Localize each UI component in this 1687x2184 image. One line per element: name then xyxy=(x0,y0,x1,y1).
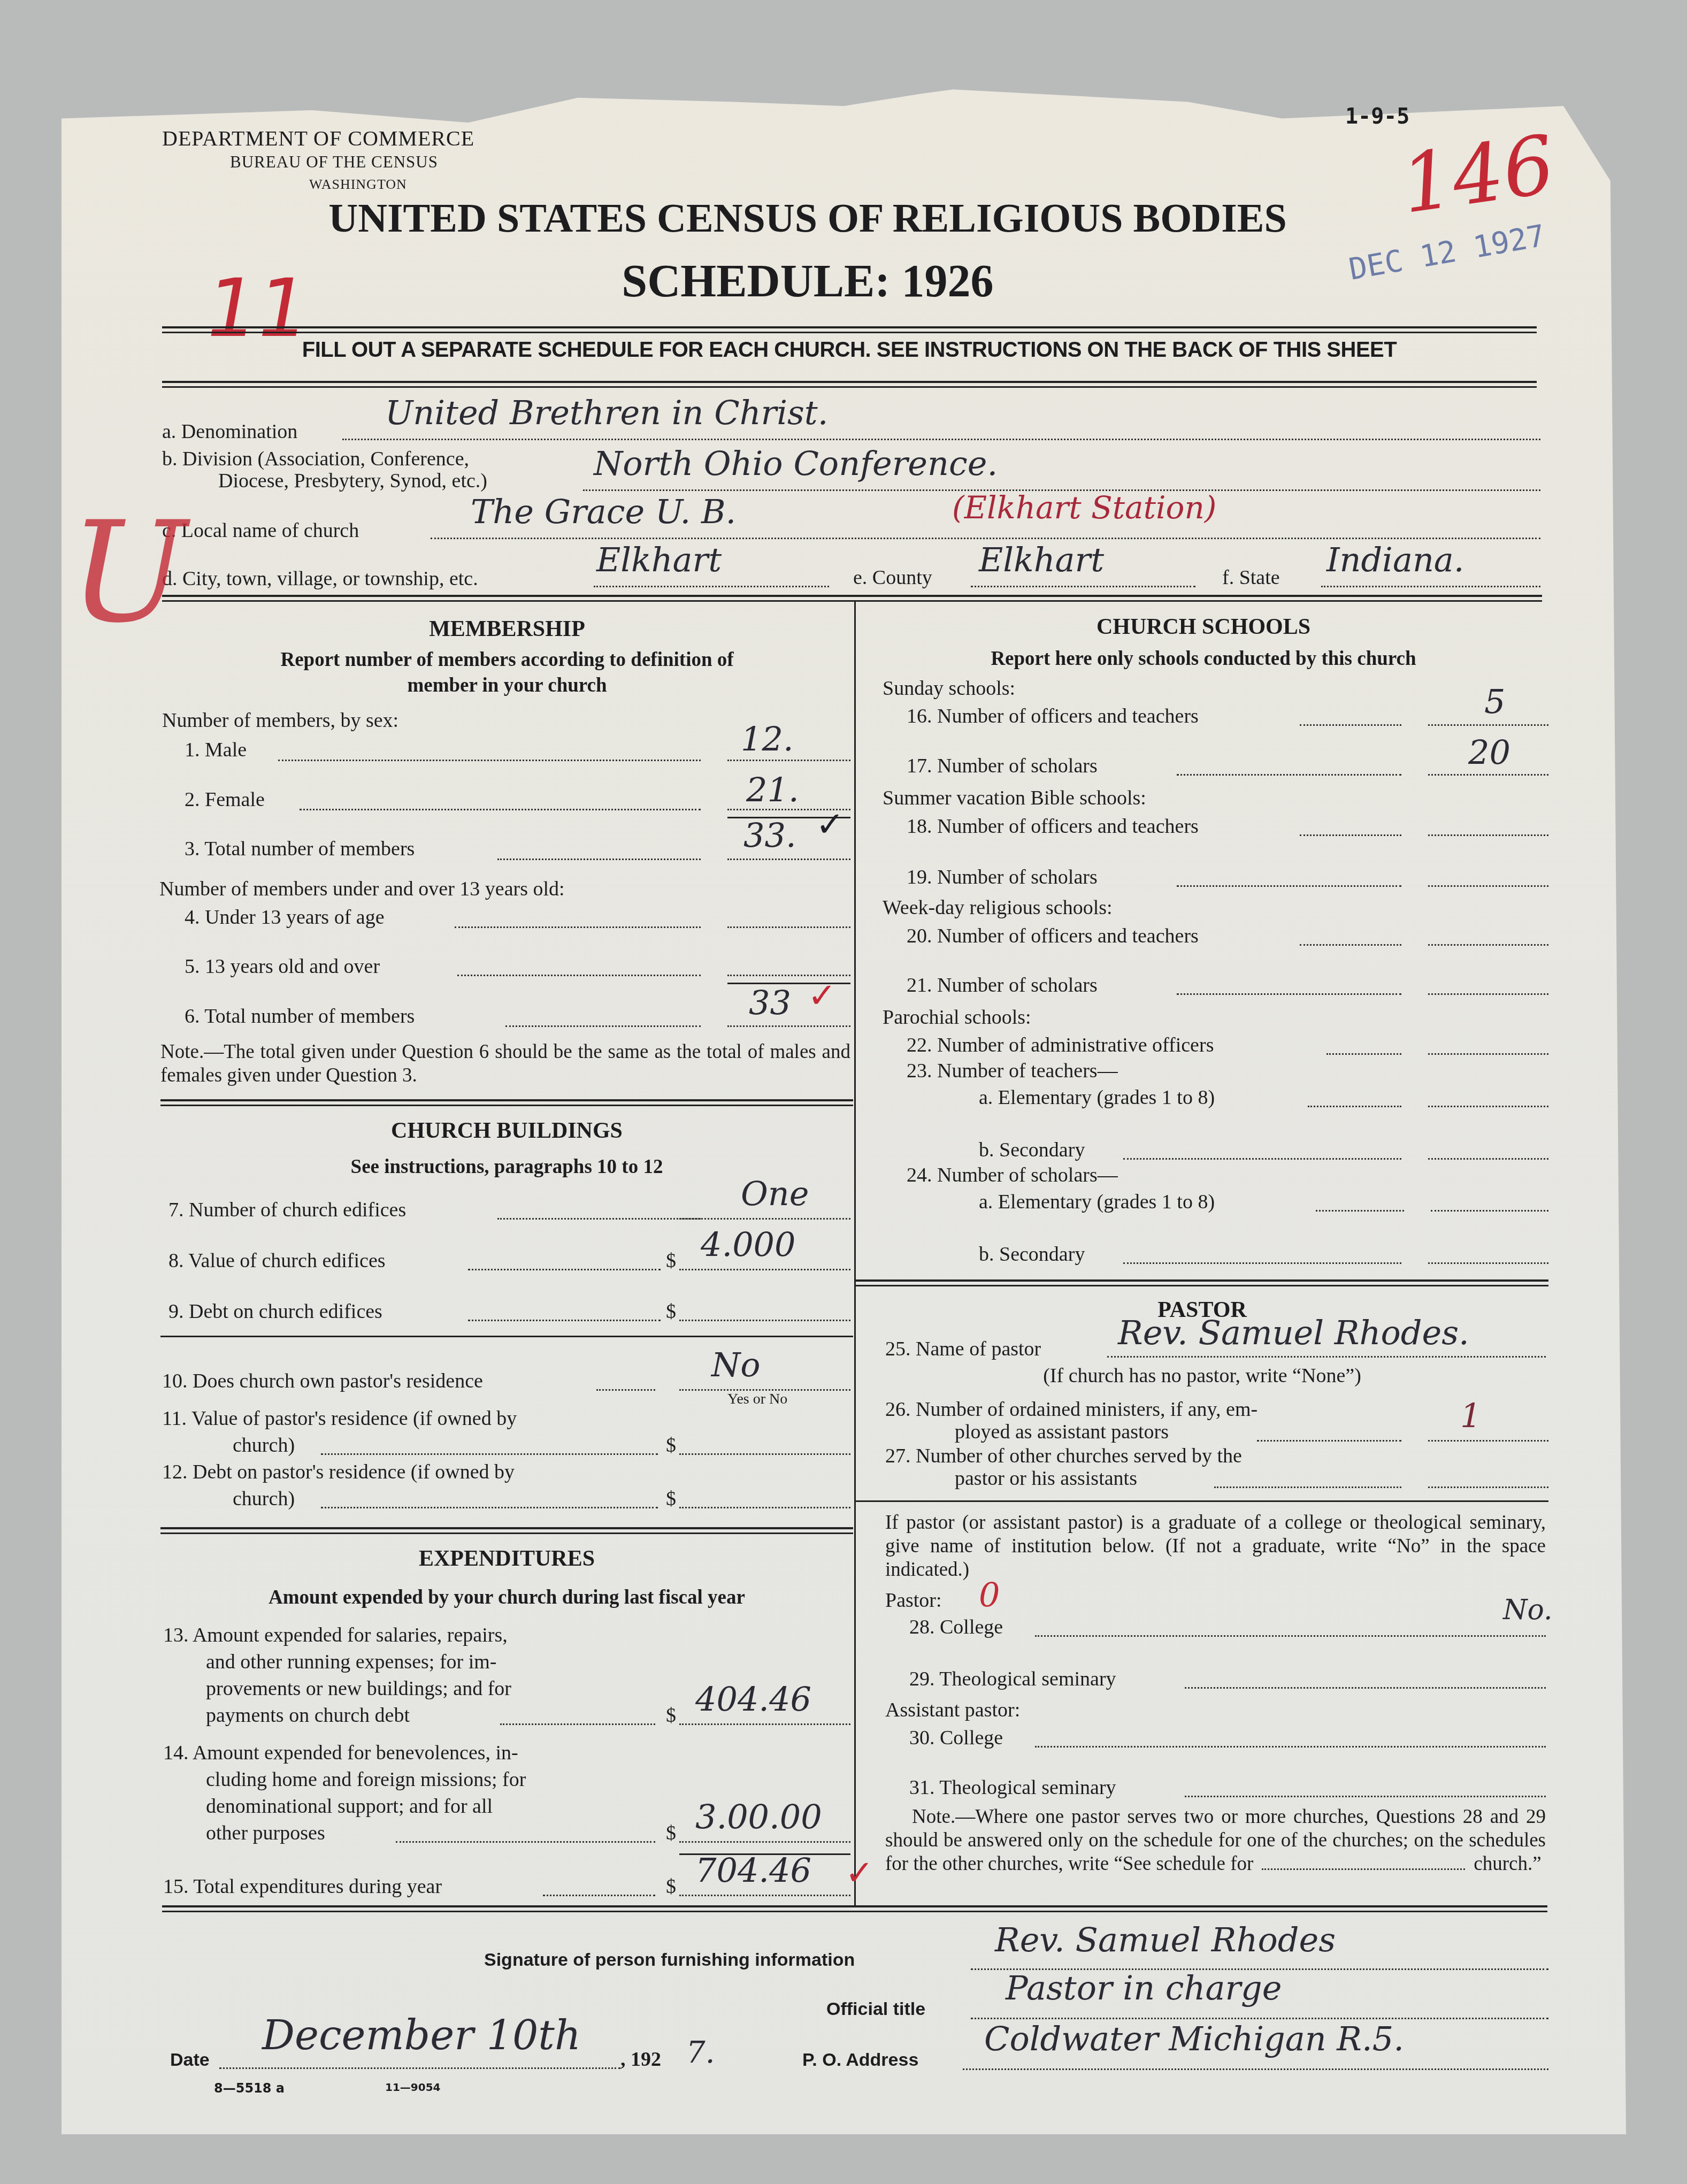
running-expenses-leader xyxy=(500,1723,655,1725)
edifices-count-value[interactable]: One xyxy=(741,1174,809,1213)
membership-note: Note.—The total given under Question 6 s… xyxy=(160,1040,850,1087)
total-expenditures-leader xyxy=(543,1895,655,1896)
total-members-label: 3. Total number of members xyxy=(185,837,415,861)
state-line[interactable] xyxy=(1321,586,1540,587)
county-value[interactable]: Elkhart xyxy=(979,540,1104,579)
local-name-annotation: (Elkhart Station) xyxy=(952,489,1216,526)
edifices-count-label: 7. Number of church edifices xyxy=(168,1198,406,1222)
q22-leader xyxy=(1326,1053,1401,1055)
total-expenditures-label: 15. Total expenditures during year xyxy=(163,1875,442,1898)
city-name: WASHINGTON xyxy=(309,177,407,193)
running-expenses-label-4: payments on church debt xyxy=(206,1704,410,1727)
running-expenses-field[interactable] xyxy=(679,1723,850,1725)
county-line[interactable] xyxy=(971,586,1195,587)
q18-leader xyxy=(1300,834,1401,836)
dollar-sign: $ xyxy=(666,1487,676,1511)
state-value[interactable]: Indiana. xyxy=(1326,540,1464,579)
running-expenses-value[interactable]: 404.46 xyxy=(695,1680,811,1719)
separate-schedule-instruction: FILL OUT A SEPARATE SCHEDULE FOR EACH CH… xyxy=(162,338,1537,362)
q24a-field[interactable] xyxy=(1431,1210,1548,1212)
running-expenses-label-1: 13. Amount expended for salaries, repair… xyxy=(163,1623,508,1647)
header-rule-top xyxy=(162,326,1537,328)
seminary-field[interactable] xyxy=(1185,1687,1546,1689)
edifices-value-field[interactable] xyxy=(679,1269,850,1270)
division-value[interactable]: North Ohio Conference. xyxy=(594,444,998,483)
total-field[interactable] xyxy=(727,859,850,860)
owns-residence-value[interactable]: No xyxy=(711,1345,761,1384)
college-field[interactable] xyxy=(1035,1635,1546,1637)
membership-subheading-1: Report number of members according to de… xyxy=(162,648,852,671)
q20-leader xyxy=(1300,944,1401,946)
q19-label: 19. Number of scholars xyxy=(907,865,1098,889)
q23b-field[interactable] xyxy=(1428,1158,1548,1160)
over-13-label: 5. 13 years old and over xyxy=(185,955,380,978)
column-divider xyxy=(854,602,856,1907)
dollar-sign: $ xyxy=(666,1249,676,1273)
assistant-pastors-label-2: ployed as assistant pastors xyxy=(955,1420,1169,1444)
form-title: UNITED STATES CENSUS OF RELIGIOUS BODIES xyxy=(160,195,1455,242)
male-label: 1. Male xyxy=(185,738,247,762)
schools-subheading: Report here only schools conducted by th… xyxy=(861,647,1546,670)
q23b-leader xyxy=(1123,1158,1401,1160)
year-suffix-value[interactable]: 7. xyxy=(686,2035,715,2070)
edifices-debt-field[interactable] xyxy=(679,1320,850,1321)
total-2-leader xyxy=(505,1025,701,1027)
benevolences-value[interactable]: 3.00.00 xyxy=(695,1797,822,1836)
asst-college-label: 30. College xyxy=(909,1726,1003,1750)
total-2-field[interactable] xyxy=(727,1025,850,1027)
schools-rule xyxy=(856,1279,1548,1282)
city-value[interactable]: Elkhart xyxy=(596,540,722,579)
pastor-name-line[interactable] xyxy=(1107,1356,1546,1358)
edifices-debt-label: 9. Debt on church edifices xyxy=(168,1300,382,1323)
running-expenses-label-3: provements or new buildings; and for xyxy=(206,1677,511,1700)
membership-subheading-2: member in your church xyxy=(162,674,852,697)
college-label: 28. College xyxy=(909,1615,1003,1639)
other-churches-label-2: pastor or his assistants xyxy=(955,1467,1137,1490)
red-checkmark-icon: ✓ xyxy=(808,976,837,1016)
q18-field[interactable] xyxy=(1428,834,1548,836)
po-address-line[interactable] xyxy=(963,2068,1548,2070)
dollar-sign: $ xyxy=(666,1300,676,1323)
q23a-leader xyxy=(1308,1106,1401,1107)
expenditures-heading: EXPENDITURES xyxy=(160,1546,853,1572)
department-name: DEPARTMENT OF COMMERCE xyxy=(162,126,474,151)
total-leader xyxy=(497,859,701,860)
date-label: Date xyxy=(170,2050,210,2071)
local-name-label: c. Local name of church xyxy=(162,519,359,542)
pastor-name-value[interactable]: Rev. Samuel Rhodes. xyxy=(1118,1313,1469,1352)
weekday-schools-label: Week-day religious schools: xyxy=(883,896,1113,919)
schools-heading: CHURCH SCHOOLS xyxy=(861,614,1546,640)
q17-value[interactable]: 20 xyxy=(1468,733,1510,772)
benevolences-field[interactable] xyxy=(679,1841,850,1843)
buildings-heading: CHURCH BUILDINGS xyxy=(160,1118,853,1144)
q24b-field[interactable] xyxy=(1428,1262,1548,1264)
residence-debt-leader xyxy=(321,1507,658,1508)
pastor-none-hint: (If church has no pastor, write “None”) xyxy=(856,1364,1548,1388)
yes-no-hint: Yes or No xyxy=(727,1391,787,1408)
q23b-label: b. Secondary xyxy=(979,1138,1085,1162)
parochial-schools-label: Parochial schools: xyxy=(883,1006,1031,1029)
q24b-label: b. Secondary xyxy=(979,1243,1085,1266)
q20-label: 20. Number of officers and teachers xyxy=(907,924,1199,948)
q19-field[interactable] xyxy=(1428,885,1548,887)
female-leader xyxy=(300,809,701,810)
dollar-sign: $ xyxy=(666,1821,676,1845)
po-address-label: P. O. Address xyxy=(802,2050,918,2071)
form-code: 1-9-5 xyxy=(1345,104,1409,129)
edifices-count-leader xyxy=(497,1218,701,1220)
benevolences-label-3: denominational support; and for all xyxy=(206,1795,493,1818)
assistant-pastors-value[interactable]: 1 xyxy=(1460,1396,1481,1435)
q20-field[interactable] xyxy=(1428,944,1548,946)
dollar-sign: $ xyxy=(666,1704,676,1727)
q21-label: 21. Number of scholars xyxy=(907,974,1098,997)
division-label-1: b. Division (Association, Conference, xyxy=(162,447,469,471)
under-13-leader xyxy=(455,926,701,928)
assistant-pastors-label-1: 26. Number of ordained ministers, if any… xyxy=(885,1398,1257,1421)
red-circle-mark: 0 xyxy=(979,1575,1000,1614)
total-expenditures-field[interactable] xyxy=(679,1895,850,1896)
date-line[interactable] xyxy=(219,2067,620,2069)
assistant-pastor-label: Assistant pastor: xyxy=(885,1698,1020,1722)
male-field[interactable] xyxy=(727,760,850,761)
members-by-age-label: Number of members under and over 13 year… xyxy=(159,877,565,901)
total-members-value[interactable]: 33. xyxy=(743,816,796,855)
pastor-subsection-label: Pastor: xyxy=(885,1589,942,1612)
asst-seminary-label: 31. Theological seminary xyxy=(909,1776,1116,1799)
other-churches-label-1: 27. Number of other churches served by t… xyxy=(885,1444,1242,1468)
residence-value-leader xyxy=(321,1453,658,1455)
q18-label: 18. Number of officers and teachers xyxy=(907,815,1199,838)
total-members-2-value[interactable]: 33 xyxy=(749,983,791,1022)
male-value[interactable]: 12. xyxy=(741,719,794,758)
asst-college-field[interactable] xyxy=(1035,1746,1546,1748)
residence-value-label-2: church) xyxy=(233,1434,295,1457)
city-label: d. City, town, village, or township, etc… xyxy=(162,567,478,591)
residence-rule xyxy=(160,1527,853,1529)
edifices-count-field[interactable] xyxy=(679,1218,850,1220)
q21-field[interactable] xyxy=(1428,993,1548,995)
bureau-name: BUREAU OF THE CENSUS xyxy=(230,152,438,172)
signature-label: Signature of person furnishing informati… xyxy=(484,1950,855,1971)
graduate-instruction: If pastor (or assistant pastor) is a gra… xyxy=(885,1511,1546,1582)
owns-residence-label: 10. Does church own pastor's residence xyxy=(162,1369,483,1393)
county-label: e. County xyxy=(853,566,932,589)
residence-debt-field[interactable] xyxy=(679,1507,850,1508)
summer-schools-label: Summer vacation Bible schools: xyxy=(883,786,1146,810)
under-13-label: 4. Under 13 years of age xyxy=(185,906,385,929)
expenditures-subheading: Amount expended by your church during la… xyxy=(160,1586,853,1609)
footer-rule xyxy=(162,1905,1547,1907)
male-leader xyxy=(278,760,701,761)
q17-label: 17. Number of scholars xyxy=(907,754,1098,778)
assistant-pastors-leader xyxy=(1257,1440,1401,1442)
sunday-schools-label: Sunday schools: xyxy=(883,677,1015,700)
q24-label: 24. Number of scholars— xyxy=(907,1163,1118,1187)
residence-value-field[interactable] xyxy=(679,1453,850,1455)
q16-label: 16. Number of officers and teachers xyxy=(907,704,1199,728)
over-13-leader xyxy=(457,975,701,976)
q22-field[interactable] xyxy=(1428,1053,1548,1055)
total-expenditures-value[interactable]: 704.46 xyxy=(695,1851,811,1890)
members-by-sex-label: Number of members, by sex: xyxy=(162,709,398,732)
q23a-field[interactable] xyxy=(1428,1106,1548,1107)
form-number: 8—5518 a xyxy=(214,2081,285,2096)
other-churches-field[interactable] xyxy=(1428,1486,1548,1488)
q16-leader xyxy=(1300,724,1401,726)
seminary-label: 29. Theological seminary xyxy=(909,1667,1116,1691)
pastor-note: Note.—Where one pastor serves two or mor… xyxy=(885,1805,1546,1876)
pastor-note-end: church.” xyxy=(1474,1853,1541,1875)
asst-seminary-field[interactable] xyxy=(1185,1796,1546,1797)
female-label: 2. Female xyxy=(185,788,265,811)
q21-leader xyxy=(1177,993,1401,995)
residence-debt-label-2: church) xyxy=(233,1487,295,1511)
identification-rule xyxy=(162,595,1542,597)
pastor-name-label: 25. Name of pastor xyxy=(885,1337,1041,1361)
po-address-value[interactable]: Coldwater Michigan R.5. xyxy=(984,2019,1404,2058)
city-line[interactable] xyxy=(594,586,829,587)
year-prefix: , 192 xyxy=(620,2048,661,2071)
header-rule-bottom xyxy=(162,381,1537,383)
print-number: 11—9054 xyxy=(385,2081,441,2094)
female-value[interactable]: 21. xyxy=(746,770,799,809)
edifices-value-leader xyxy=(468,1269,661,1270)
signature-value[interactable]: Rev. Samuel Rhodes xyxy=(995,1920,1336,1959)
residence-debt-label-1: 12. Debt on pastor's residence (if owned… xyxy=(162,1460,515,1484)
q16-field[interactable] xyxy=(1428,724,1548,726)
edifices-value-value[interactable]: 4.000 xyxy=(701,1225,796,1264)
dollar-sign: $ xyxy=(666,1875,676,1898)
red-checkmark-icon: ✓ xyxy=(845,1853,874,1893)
q24b-leader xyxy=(1123,1262,1401,1264)
checkmark-icon: ✓ xyxy=(816,805,845,845)
local-name-value[interactable]: The Grace U. B. xyxy=(471,492,736,531)
official-title-label: Official title xyxy=(826,1999,925,2020)
membership-heading: MEMBERSHIP xyxy=(162,616,852,642)
assistant-pastors-field[interactable] xyxy=(1428,1440,1548,1442)
benevolences-leader xyxy=(396,1841,655,1843)
form-subtitle: SCHEDULE: 1926 xyxy=(160,254,1455,308)
q24a-label: a. Elementary (grades 1 to 8) xyxy=(979,1190,1215,1214)
pastor-rule xyxy=(856,1500,1548,1502)
benevolences-label-2: cluding home and foreign missions; for xyxy=(206,1768,526,1791)
state-label: f. State xyxy=(1222,566,1280,589)
owns-residence-leader xyxy=(596,1389,655,1391)
q24a-leader xyxy=(1316,1210,1404,1212)
benevolences-label-1: 14. Amount expended for benevolences, in… xyxy=(163,1741,518,1765)
pastor-note-text: Note.—Where one pastor serves two or mor… xyxy=(885,1806,1546,1875)
other-churches-leader xyxy=(1214,1486,1401,1488)
q23-label: 23. Number of teachers— xyxy=(907,1059,1118,1083)
q19-leader xyxy=(1177,885,1401,887)
buildings-rule xyxy=(160,1336,853,1337)
q22-label: 22. Number of administrative officers xyxy=(907,1033,1214,1057)
official-title-value[interactable]: Pastor in charge xyxy=(1006,1968,1282,2007)
denomination-value[interactable]: United Brethren in Christ. xyxy=(385,393,828,432)
date-value[interactable]: December 10th xyxy=(262,2011,581,2059)
q16-value[interactable]: 5 xyxy=(1484,682,1505,721)
membership-rule xyxy=(160,1099,853,1101)
denomination-line[interactable] xyxy=(342,439,1540,440)
residence-value-label-1: 11. Value of pastor's residence (if owne… xyxy=(162,1407,517,1430)
dollar-sign: $ xyxy=(666,1434,676,1457)
college-value[interactable]: No. xyxy=(1503,1594,1552,1626)
q17-field[interactable] xyxy=(1428,774,1548,776)
benevolences-label-4: other purposes xyxy=(206,1821,325,1845)
q23a-label: a. Elementary (grades 1 to 8) xyxy=(979,1086,1215,1109)
q17-leader xyxy=(1177,774,1401,776)
under-13-field[interactable] xyxy=(727,926,850,928)
local-name-line[interactable] xyxy=(431,538,1540,539)
denomination-label: a. Denomination xyxy=(162,420,297,443)
edifices-value-label: 8. Value of church edifices xyxy=(168,1249,386,1273)
edifices-debt-leader xyxy=(468,1320,661,1321)
division-label-2: Diocese, Presbytery, Synod, etc.) xyxy=(218,469,487,493)
running-expenses-label-2: and other running expenses; for im- xyxy=(206,1650,496,1674)
total-members-2-label: 6. Total number of members xyxy=(185,1005,415,1028)
see-schedule-field[interactable] xyxy=(1262,1868,1465,1870)
